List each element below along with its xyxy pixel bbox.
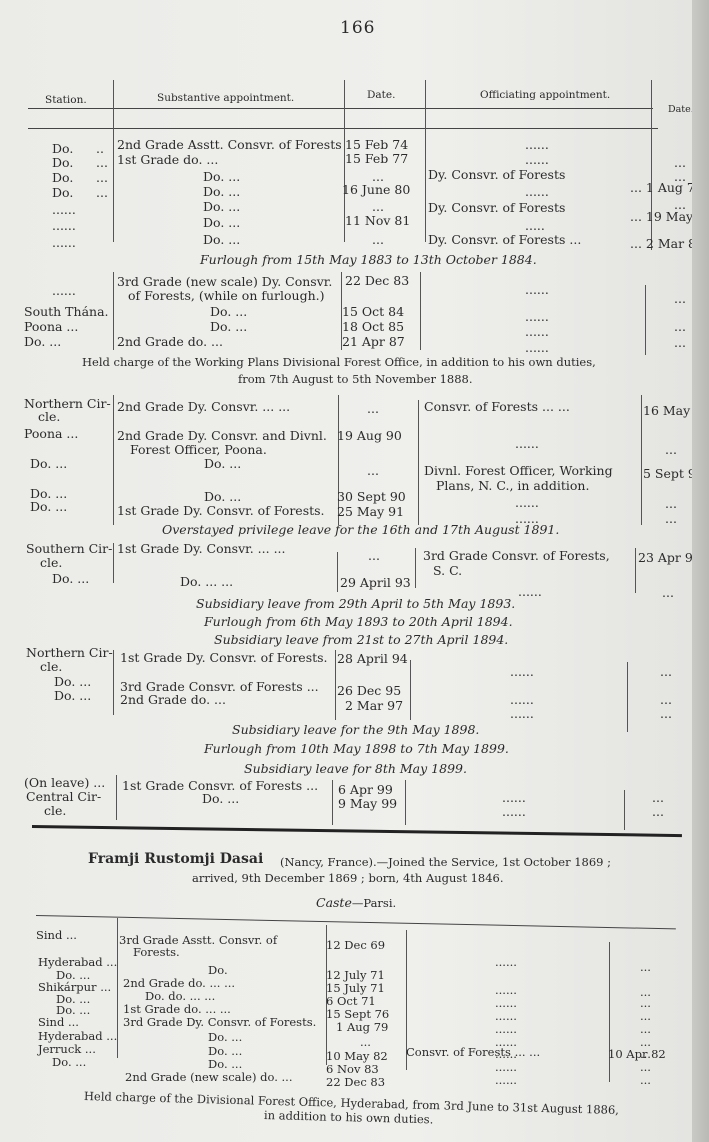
- s2-station-0: ......: [52, 284, 76, 298]
- s2-date-2: 18 Oct 85: [342, 320, 404, 334]
- s6-off-1: ......: [502, 805, 526, 819]
- page-edge-shadow: [692, 0, 709, 1142]
- s7-sub-6: 3rd Grade Dy. Consvr. of Forests.: [123, 1015, 316, 1029]
- s7-station-0: Sind ...: [36, 928, 77, 942]
- page-number: 166: [340, 18, 375, 38]
- s7-sub-2: Do.: [208, 963, 228, 977]
- s4-station-0: Southern Cir-: [26, 542, 112, 556]
- officer-name: Framji Rustomji Dasai: [88, 852, 263, 866]
- s2-sub2-0: of Forests, (while on furlough.): [128, 289, 324, 303]
- col-divider: [418, 400, 419, 525]
- s4-station2-0: cle.: [40, 556, 62, 570]
- s7-sub-8: Do. ...: [208, 1044, 242, 1058]
- s4-note-2: Subsidiary leave from 21st to 27th April…: [214, 633, 508, 647]
- s5-date-0: 28 April 94: [337, 652, 408, 666]
- s1-off-4: Dy. Consvr. of Forests: [428, 201, 565, 215]
- s1-station-6: ......: [52, 236, 76, 250]
- s1-st-dots-1: ...: [96, 156, 108, 170]
- col-divider: [113, 80, 114, 242]
- s5-sub-0: 1st Grade Dy. Consvr. of Forests.: [120, 651, 328, 665]
- s7-sub-7: Do. ...: [208, 1030, 242, 1044]
- s2-sub-2: Do. ...: [210, 320, 247, 334]
- s3-sub-3: Do. ...: [204, 490, 241, 504]
- col-divider: [425, 80, 426, 242]
- s1-station-2: Do.: [52, 171, 73, 185]
- s7-date-7: ...: [360, 1035, 371, 1049]
- col-divider: [641, 395, 642, 525]
- s5-off-2: ......: [510, 693, 534, 707]
- s1-station-5: ......: [52, 219, 76, 233]
- s2-station-3: Do. ...: [24, 335, 61, 349]
- s6-off-0: ......: [502, 791, 526, 805]
- s7-station-1: Hyderabad ...: [38, 955, 117, 969]
- s3-off2-2: Plans, N. C., in addition.: [436, 479, 589, 493]
- s3-sub-4: 1st Grade Dy. Consvr. of Forests.: [117, 504, 325, 518]
- s1-sub-6: Do. ...: [203, 233, 240, 247]
- s4-sub-1: Do. ... ...: [180, 575, 233, 589]
- officer-detail-line2: arrived, 9th December 1869 ; born, 4th A…: [192, 871, 504, 885]
- s4-off-0: 3rd Grade Consvr. of Forests,: [423, 549, 610, 563]
- s2-offdate-0: ...: [674, 292, 686, 306]
- s5-note-0: Subsidiary leave for the 9th May 1898.: [232, 723, 479, 737]
- s5-note-1: Furlough from 10th May 1898 to 7th May 1…: [204, 742, 509, 756]
- s7-station-8: Jerruck ...: [38, 1042, 96, 1056]
- s5-offdate-2: ...: [660, 693, 672, 707]
- s7-off-5: ......: [495, 1022, 517, 1036]
- s2-station-1: South Thána.: [24, 305, 109, 319]
- s1-station-4: ......: [52, 203, 76, 217]
- col-divider: [116, 775, 117, 820]
- s1-off-2: Dy. Consvr. of Forests: [428, 168, 565, 182]
- s2-date-3: 21 Apr 87: [342, 335, 405, 349]
- col-header-date: Date.: [367, 89, 395, 101]
- s7-date-0: 12 Dec 69: [326, 938, 385, 952]
- s1-sub-2: Do. ...: [203, 170, 240, 184]
- s7-offdate-4: ...: [640, 1009, 651, 1023]
- s5-station-2: Do. ...: [54, 689, 91, 703]
- s3-station2-0: cle.: [38, 410, 60, 424]
- s3-sub-0: 2nd Grade Dy. Consvr. ... ...: [117, 400, 290, 414]
- s7-station-9: Do. ...: [52, 1055, 86, 1069]
- s7-off-3: ......: [495, 996, 517, 1010]
- col-header-station: Station.: [45, 94, 87, 106]
- s3-station-1: Poona ...: [24, 427, 78, 441]
- s1-st-dots-3: ...: [96, 186, 108, 200]
- s5-extra-offdate: ...: [660, 707, 672, 721]
- s1-off-1: ......: [525, 153, 549, 167]
- s3-off-1: ......: [515, 437, 539, 451]
- s7-offdate-0: ...: [640, 960, 651, 974]
- s2-sub-0: 3rd Grade (new scale) Dy. Consvr.: [117, 275, 332, 289]
- s2-off-2: ......: [525, 325, 549, 339]
- col-divider: [635, 548, 636, 593]
- s6-offdate-0: ...: [652, 791, 664, 805]
- s6-station-0: (On leave) ...: [24, 776, 105, 790]
- col-divider: [113, 272, 114, 350]
- s4-off2-0: S. C.: [433, 564, 462, 578]
- s3-date-4: 25 May 91: [337, 505, 404, 519]
- col-header-substantive: Substantive appointment.: [157, 92, 294, 104]
- s7-date-8: 10 May 82: [326, 1049, 388, 1063]
- s7-station-7: Hyderabad ...: [38, 1029, 117, 1043]
- s7-date-6: 1 Aug 79: [336, 1020, 388, 1034]
- s3-offdate-1: ...: [665, 443, 677, 457]
- s3-date-2: ...: [367, 464, 379, 478]
- col-divider: [645, 285, 646, 355]
- s4-off-1: ......: [518, 585, 542, 599]
- s3-sub2-1: Forest Officer, Poona.: [130, 443, 267, 457]
- s5-station-1: Do. ...: [54, 675, 91, 689]
- s2-station-2: Poona ...: [24, 320, 78, 334]
- s3-date-1: 19 Aug 90: [337, 429, 402, 443]
- s2-off-1: ......: [525, 310, 549, 324]
- s7-sub-4: Do. do. ... ...: [145, 989, 215, 1003]
- s3-note: Overstayed privilege leave for the 16th …: [162, 523, 559, 537]
- s4-note-1: Furlough from 6th May 1893 to 20th April…: [204, 615, 513, 629]
- s7-off-8: Consvr. of Forests ... ...: [406, 1045, 540, 1059]
- s1-off-6: Dy. Consvr. of Forests ...: [428, 233, 581, 247]
- caste-value: —Parsi.: [352, 896, 396, 910]
- s4-offdate-1: ...: [662, 586, 674, 600]
- col-divider: [651, 80, 652, 250]
- entry-separator: [32, 825, 682, 837]
- col-header-off-date: Date.: [668, 104, 694, 115]
- col-divider: [420, 272, 421, 350]
- s2-sub-1: Do. ...: [210, 305, 247, 319]
- s7-sub-3: 2nd Grade do. ... ...: [123, 976, 235, 990]
- col-divider: [415, 548, 416, 588]
- s3-station-4: Do. ...: [30, 500, 67, 514]
- s6-date-1: 9 May 99: [338, 797, 397, 811]
- s7-sub-10: 2nd Grade (new scale) do. ...: [125, 1070, 293, 1084]
- s1-station-0: Do.: [52, 142, 73, 156]
- s5-off-0: ......: [510, 665, 534, 679]
- s2-date-1: 15 Oct 84: [342, 305, 404, 319]
- s3-offdate-4: ...: [665, 512, 677, 526]
- s7-date-2: 12 July 71: [326, 968, 385, 982]
- col-divider: [405, 780, 406, 825]
- col-divider: [113, 395, 114, 525]
- s1-date-4: ...: [372, 200, 384, 214]
- s7-off-10: ......: [495, 1073, 517, 1087]
- s7-offdate-3: ...: [640, 996, 651, 1010]
- s1-date-5: 11 Nov 81: [345, 214, 410, 228]
- s3-off-2: Divnl. Forest Officer, Working: [424, 464, 613, 478]
- s5-station-0: Northern Cir-: [26, 646, 113, 660]
- caste-label: Caste: [316, 895, 352, 910]
- col-header-officiating: Officiating appointment.: [480, 89, 610, 101]
- s5-sub-2: 2nd Grade do. ...: [120, 693, 226, 707]
- col-divider: [609, 942, 610, 1082]
- s7-offdate-10: ...: [640, 1073, 651, 1087]
- s3-off-0: Consvr. of Forests ... ...: [424, 400, 570, 414]
- col-divider: [113, 650, 114, 715]
- s2-note-line1: Held charge of the Working Plans Divisio…: [82, 355, 596, 369]
- s7-off-4: ......: [495, 1009, 517, 1023]
- s6-sub-1: Do. ...: [202, 792, 239, 806]
- s1-offdate-1: ...: [674, 156, 686, 170]
- s1-date-3: 16 June 80: [342, 183, 410, 197]
- col-divider: [410, 660, 411, 720]
- s6-date-0: 6 Apr 99: [338, 783, 393, 797]
- s2-offdate-2: ...: [674, 320, 686, 334]
- s1-date-0: 15 Feb 74: [345, 138, 408, 152]
- s4-note-0: Subsidiary leave from 29th April to 5th …: [196, 597, 515, 611]
- s3-date-3: 30 Sept 90: [337, 490, 406, 504]
- s1-station-1: Do.: [52, 156, 73, 170]
- col-divider: [113, 543, 114, 583]
- s4-date-0: ...: [368, 549, 380, 563]
- s6-offdate-1: ...: [652, 805, 664, 819]
- s3-date-0: ...: [367, 402, 379, 416]
- col-divider: [624, 790, 625, 830]
- s1-sub-1: 1st Grade do. ...: [117, 153, 218, 167]
- s6-station2-1: cle.: [44, 804, 66, 818]
- s7-offdate-8: 10 Apr 82: [608, 1047, 666, 1061]
- s4-date-1: 29 April 93: [340, 576, 411, 590]
- s7-off-9: ......: [495, 1060, 517, 1074]
- s5-extra-off: ......: [510, 707, 534, 721]
- s7-date-4: 6 Oct 71: [326, 994, 376, 1008]
- s7-date-5: 15 Sept 76: [326, 1007, 389, 1021]
- s1-off-5: .....: [525, 219, 545, 233]
- header-top-rule: [28, 108, 653, 109]
- s7-off-0: ......: [495, 955, 517, 969]
- s7-station-6: Sind ...: [38, 1015, 79, 1029]
- s7-offdate-5: ...: [640, 1022, 651, 1036]
- s1-off-3: ......: [525, 185, 549, 199]
- s5-station2-0: cle.: [40, 660, 62, 674]
- s7-date-3: 15 July 71: [326, 981, 385, 995]
- s2-note-line2: from 7th August to 5th November 1888.: [238, 372, 473, 386]
- s7-sub-5: 1st Grade do. ... ...: [123, 1002, 231, 1016]
- s5-date-2: 2 Mar 97: [345, 699, 403, 713]
- s1-sub-4: Do. ...: [203, 200, 240, 214]
- s3-off-3: ......: [515, 496, 539, 510]
- col-divider: [337, 552, 338, 592]
- s1-st-dots-0: ..: [96, 142, 104, 156]
- s2-date-0: 22 Dec 83: [345, 274, 409, 288]
- s3-sub-2: Do. ...: [204, 457, 241, 471]
- s7-date-9: 6 Nov 83: [326, 1062, 379, 1076]
- s4-sub-0: 1st Grade Dy. Consvr. ... ...: [117, 542, 286, 556]
- s3-station-2: Do. ...: [30, 457, 67, 471]
- s7-off-2: ......: [495, 983, 517, 997]
- s1-note: Furlough from 15th May 1883 to 13th Octo…: [200, 253, 537, 267]
- s2-off-3: ......: [525, 341, 549, 355]
- s1-off-0: ......: [525, 138, 549, 152]
- s1-sub-0: 2nd Grade Asstt. Consvr. of Forests: [117, 138, 342, 152]
- col-divider: [335, 650, 336, 720]
- s1-date-6: ...: [372, 233, 384, 247]
- officer-caste: Caste—Parsi.: [316, 896, 396, 910]
- s7-sub-9: Do. ...: [208, 1057, 242, 1071]
- s7-sub2-0: Forests.: [133, 945, 180, 959]
- s5-note-2: Subsidiary leave for 8th May 1899.: [244, 762, 467, 776]
- s7-offdate-9: ...: [640, 1060, 651, 1074]
- officer-detail-line1: (Nancy, France).—Joined the Service, 1st…: [280, 855, 611, 869]
- s2-sub-3: 2nd Grade do. ...: [117, 335, 223, 349]
- s1-date-1: 15 Feb 77: [345, 152, 408, 166]
- s6-station-1: Central Cir-: [26, 790, 101, 804]
- document-page: 166 Station. Substantive appointment. Da…: [0, 0, 692, 1142]
- s2-off-0: ......: [525, 283, 549, 297]
- s5-date-1: 26 Dec 95: [337, 684, 401, 698]
- table2-top-rule: [36, 915, 676, 929]
- s2-offdate-3: ...: [674, 336, 686, 350]
- s1-st-dots-2: ...: [96, 171, 108, 185]
- s4-station-1: Do. ...: [52, 572, 89, 586]
- s7-date-10: 22 Dec 83: [326, 1075, 385, 1089]
- s3-sub-1: 2nd Grade Dy. Consvr. and Divnl.: [117, 429, 327, 443]
- s3-offdate-3: ...: [665, 497, 677, 511]
- s5-offdate-0: ...: [660, 665, 672, 679]
- s1-sub-3: Do. ...: [203, 185, 240, 199]
- col-divider: [627, 662, 628, 732]
- header-bottom-rule: [28, 128, 658, 129]
- s1-sub-5: Do. ...: [203, 216, 240, 230]
- s1-station-3: Do.: [52, 186, 73, 200]
- col-divider: [332, 780, 333, 825]
- s3-station-0: Northern Cir-: [24, 397, 111, 411]
